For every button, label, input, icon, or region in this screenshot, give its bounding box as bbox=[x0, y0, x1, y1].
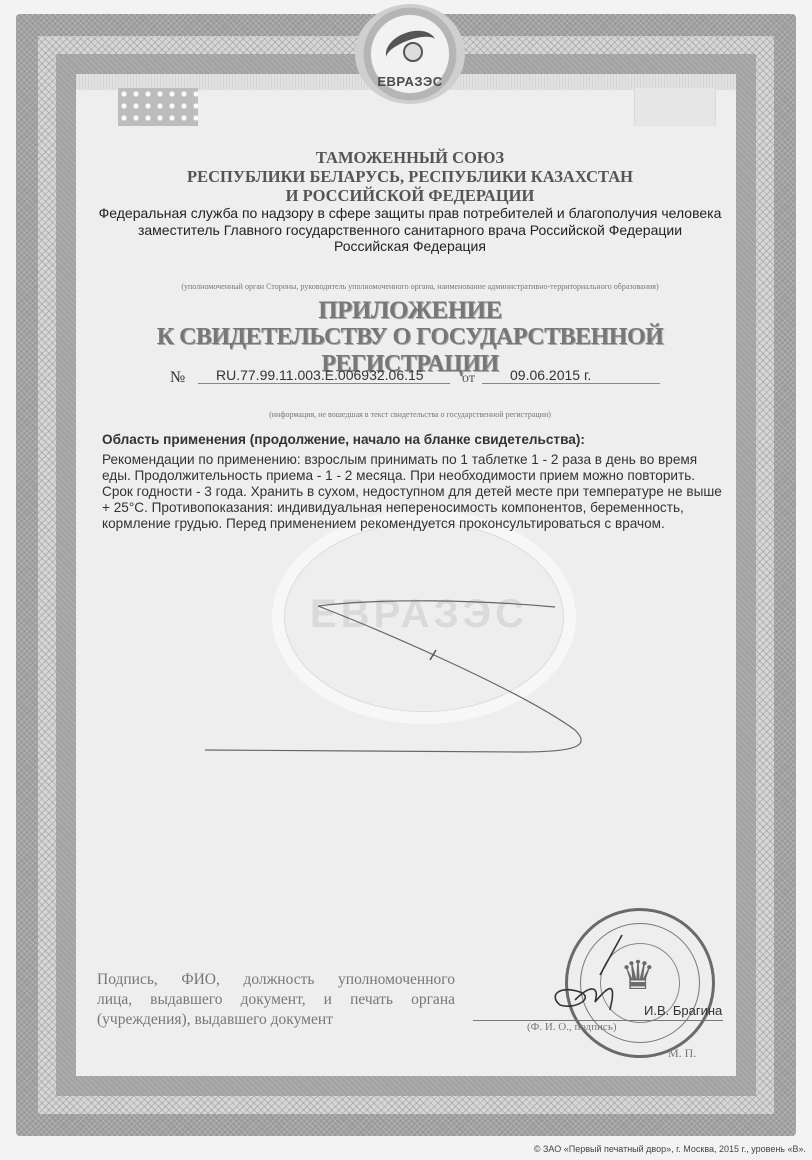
printer-imprint: © ЗАО «Первый печатный двор», г. Москва,… bbox=[534, 1144, 806, 1154]
fio-caption: (Ф. И. О., подпись) bbox=[527, 1021, 617, 1033]
seal-caption: М. П. bbox=[668, 1046, 696, 1061]
signature-scribble bbox=[0, 0, 812, 1160]
signer-name: И.В. Брагина bbox=[644, 1003, 722, 1018]
